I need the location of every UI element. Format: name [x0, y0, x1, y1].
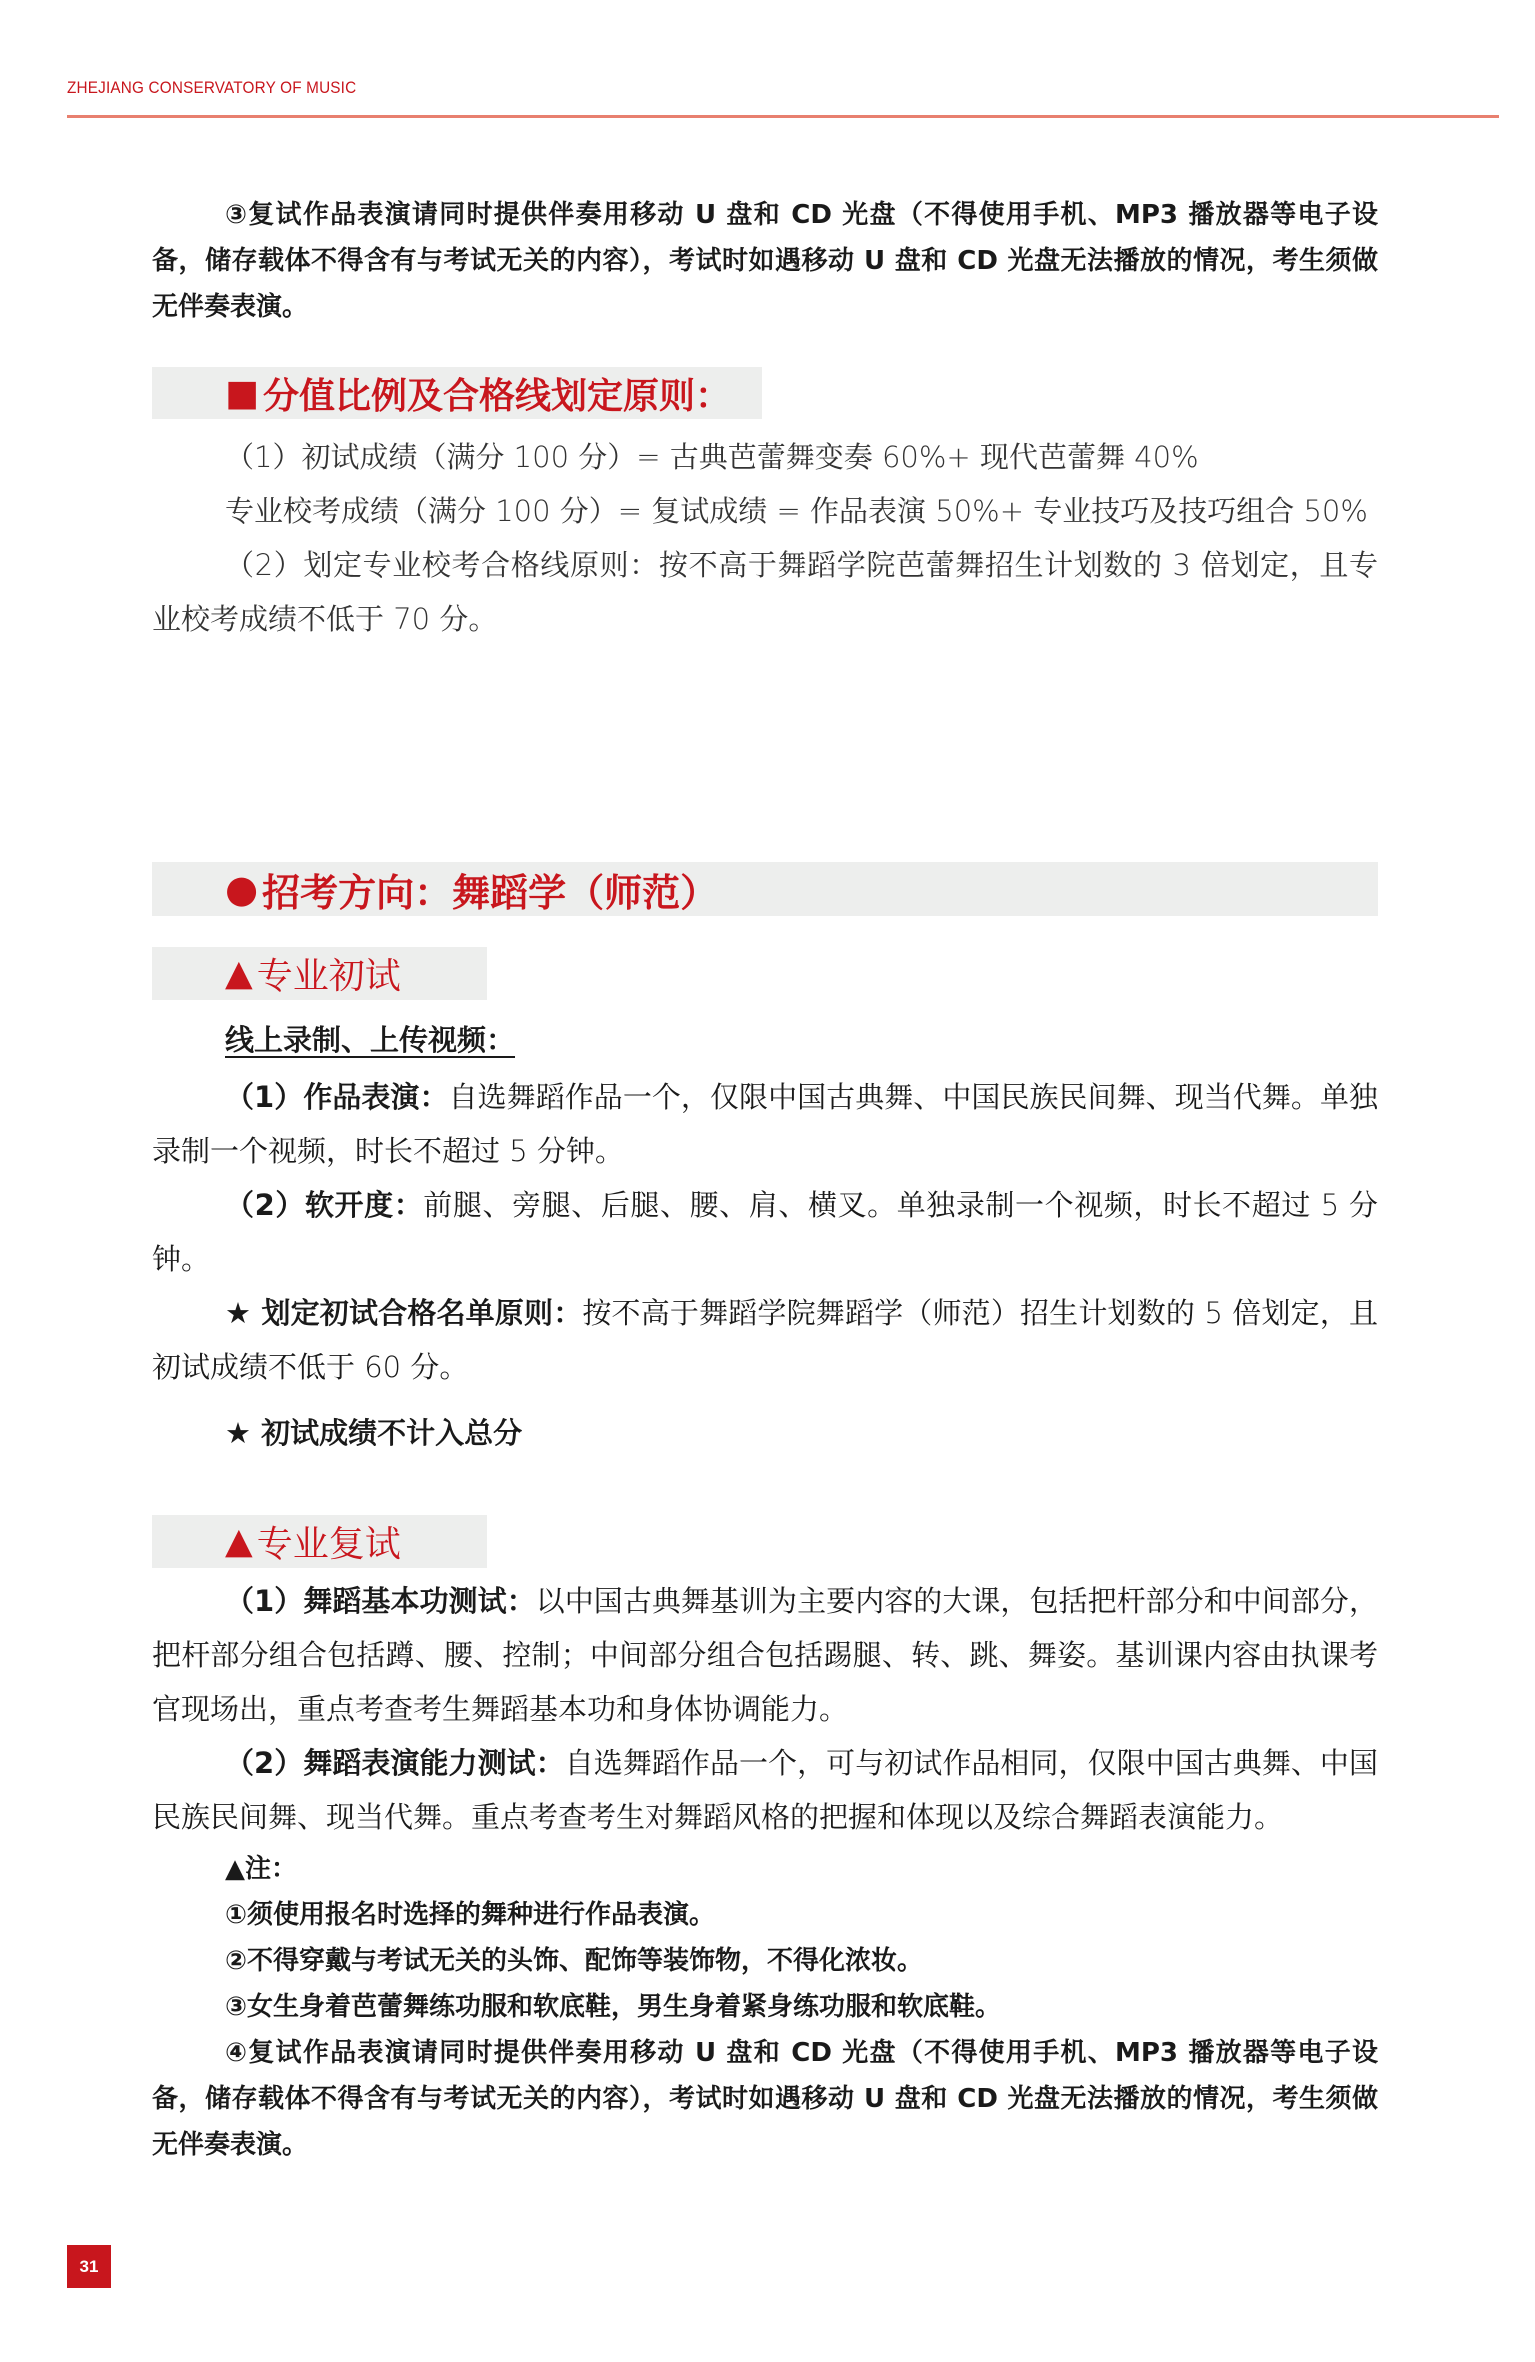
score-section-heading: ■ 分值比例及合格线划定原则： [152, 367, 762, 419]
square-bullet-icon: ■ [225, 373, 259, 414]
page-number: 31 [67, 2245, 111, 2288]
retest-heading: ▲ 专业复试 [152, 1515, 487, 1568]
retest-body: （1）舞蹈基本功测试：以中国古典舞基训为主要内容的大课，包括把杆部分和中间部分，… [152, 1574, 1378, 2168]
score-p1: （1）初试成绩（满分 100 分）= 古典芭蕾舞变奏 60%+ 现代芭蕾舞 40… [152, 430, 1378, 484]
note-3: ③女生身着芭蕾舞练功服和软底鞋，男生身着紧身练功服和软底鞋。 [152, 1984, 1378, 2030]
top-note-text: ③复试作品表演请同时提供伴奏用移动 U 盘和 CD 光盘（不得使用手机、MP3 … [152, 192, 1378, 330]
online-label: 线上录制、上传视频： [152, 1014, 1378, 1066]
triangle-bullet-icon: ▲ [225, 1521, 253, 1562]
initial-item-1: （1）作品表演：自选舞蹈作品一个，仅限中国古典舞、中国民族民间舞、现当代舞。单独… [152, 1070, 1378, 1178]
notes-title: ▲注： [152, 1846, 1378, 1892]
top-note: ③复试作品表演请同时提供伴奏用移动 U 盘和 CD 光盘（不得使用手机、MP3 … [152, 192, 1378, 330]
header-rule [67, 115, 1499, 118]
score-p3: （2）划定专业校考合格线原则：按不高于舞蹈学院芭蕾舞招生计划数的 3 倍划定，且… [152, 538, 1378, 646]
initial-item-2: （2）软开度：前腿、旁腿、后腿、腰、肩、横叉。单独录制一个视频，时长不超过 5 … [152, 1178, 1378, 1286]
initial-exam-heading-text: 专业初试 [257, 948, 401, 999]
running-head: ZHEJIANG CONSERVATORY OF MUSIC [67, 78, 356, 98]
direction-heading-text: 招考方向：舞蹈学（师范） [262, 862, 718, 917]
initial-exam-body: 线上录制、上传视频： （1）作品表演：自选舞蹈作品一个，仅限中国古典舞、中国民族… [152, 1014, 1378, 1460]
initial-item-3: ★ 划定初试合格名单原则：按不高于舞蹈学院舞蹈学（师范）招生计划数的 5 倍划定… [152, 1286, 1378, 1394]
score-section-heading-text: 分值比例及合格线划定原则： [263, 368, 731, 419]
initial-footnote: ★ 初试成绩不计入总分 [152, 1406, 1378, 1460]
direction-heading: ● 招考方向：舞蹈学（师范） [152, 862, 1378, 916]
initial-exam-heading: ▲ 专业初试 [152, 947, 487, 1000]
retest-item-1: （1）舞蹈基本功测试：以中国古典舞基训为主要内容的大课，包括把杆部分和中间部分，… [152, 1574, 1378, 1736]
note-1: ①须使用报名时选择的舞种进行作品表演。 [152, 1892, 1378, 1938]
score-p2: 专业校考成绩（满分 100 分）= 复试成绩 = 作品表演 50%+ 专业技巧及… [152, 484, 1378, 538]
note-4: ④复试作品表演请同时提供伴奏用移动 U 盘和 CD 光盘（不得使用手机、MP3 … [152, 2030, 1378, 2168]
retest-heading-text: 专业复试 [257, 1516, 401, 1567]
note-2: ②不得穿戴与考试无关的头饰、配饰等装饰物，不得化浓妆。 [152, 1938, 1378, 1984]
retest-item-2: （2）舞蹈表演能力测试：自选舞蹈作品一个，可与初试作品相同，仅限中国古典舞、中国… [152, 1736, 1378, 1844]
circle-bullet-icon: ● [225, 867, 258, 911]
score-section-body: （1）初试成绩（满分 100 分）= 古典芭蕾舞变奏 60%+ 现代芭蕾舞 40… [152, 430, 1378, 646]
triangle-bullet-icon: ▲ [225, 953, 253, 994]
